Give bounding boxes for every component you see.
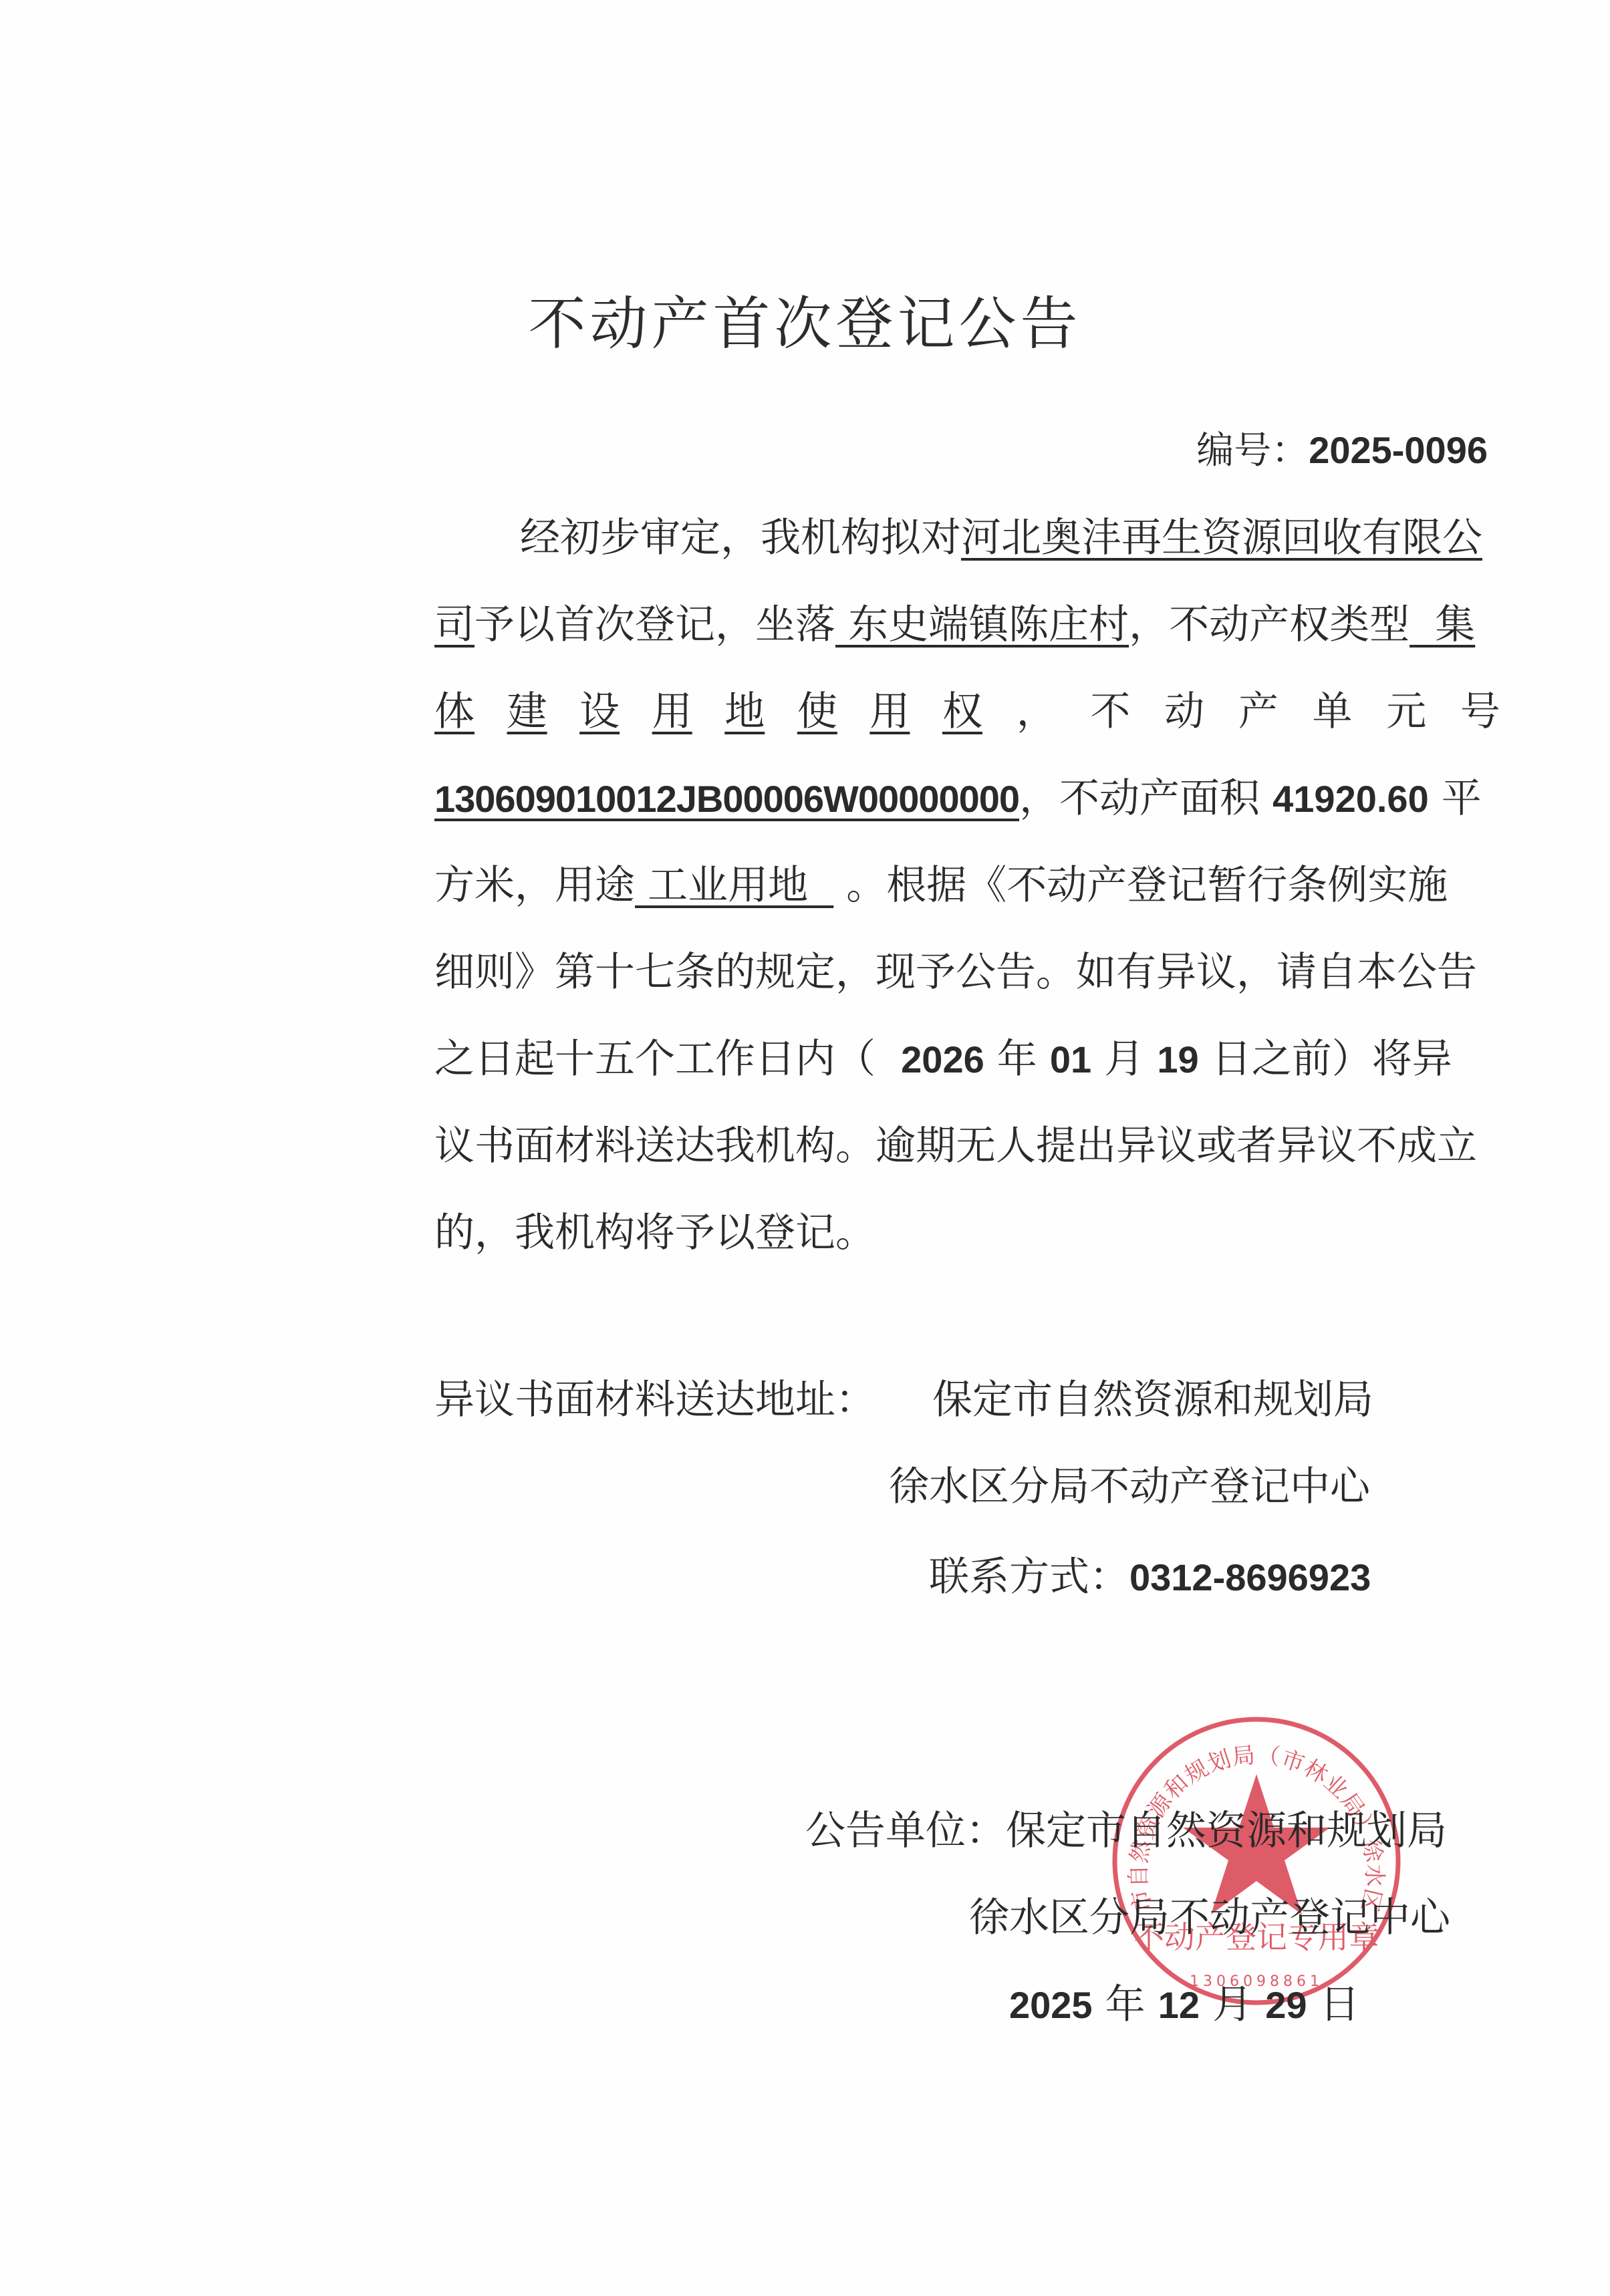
objection-address-label: 异议书面材料送达地址： — [434, 1377, 876, 1423]
char: 动 — [1164, 688, 1204, 735]
issue-date: 2025 年 12 月 29 日 — [1009, 1981, 1360, 2029]
body-line-3: 体 建 设 用 地 使 用 权 ， 不 动 产 单 元 号 — [434, 688, 1500, 735]
body-text: ，不动产面积 — [1019, 775, 1272, 822]
document-number-value: 2025-0096 — [1309, 429, 1488, 471]
body-line-4: 130609010012JB00006W00000000，不动产面积 41920… — [434, 775, 1500, 822]
contact-phone: 0312-8696923 — [1129, 1556, 1371, 1598]
objection-address-line-1: 保定市自然资源和规划局 — [932, 1377, 1373, 1423]
property-right-type: 集 — [1410, 601, 1475, 648]
char: 单 — [1313, 688, 1353, 735]
body-line-2: 司予以首次登记，坐落 东史端镇陈庄村，不动产权类型 集 — [434, 601, 1500, 648]
applicant-name-cont: 司 — [434, 601, 475, 648]
char: 建 — [507, 688, 547, 735]
month-label: 月 — [1200, 1981, 1265, 2028]
body-text: 之日起十五个工作日内（ — [434, 1036, 901, 1083]
year-label: 年 — [1093, 1981, 1158, 2028]
body-text: 的，我机构将予以登记。 — [434, 1209, 876, 1256]
body-line-1: 经初步审定，我机构拟对河北奥沣再生资源回收有限公 — [434, 515, 1500, 561]
body-text: 日之前）将异 — [1199, 1036, 1452, 1083]
char: 元 — [1386, 688, 1426, 735]
char: 用 — [869, 688, 910, 735]
objection-address-line-2: 徐水区分局不动产登记中心 — [889, 1463, 1370, 1510]
body-line-8: 议书面材料送达我机构。逾期无人提出异议或者异议不成立 — [434, 1123, 1500, 1169]
char: 权 — [942, 688, 982, 735]
page-title: 不动产首次登记公告 — [0, 277, 1610, 360]
issuer-org: 保定市自然资源和规划局 — [1006, 1808, 1447, 1854]
deadline-day: 19 — [1157, 1038, 1198, 1081]
land-use: 工业用地 — [635, 862, 833, 909]
deadline-month: 01 — [1050, 1038, 1091, 1081]
day-label: 日 — [1307, 1981, 1359, 2028]
char: 体 — [434, 688, 475, 735]
char: ， — [1017, 688, 1057, 735]
body-line-6: 细则》第十七条的规定，现予公告。如有异议，请自本公告 — [434, 949, 1500, 996]
body-line-7: 之日起十五个工作日内（ 2026 年 01 月 19 日之前）将异 — [434, 1036, 1500, 1083]
issuer-line-1: 公告单位：保定市自然资源和规划局 — [805, 1808, 1447, 1854]
body-text: 予以首次登记，坐落 — [475, 601, 835, 648]
body-text: 议书面材料送达我机构。逾期无人提出异议或者异议不成立 — [434, 1123, 1477, 1169]
announcement-page: 不动产首次登记公告 编号：2025-0096 经初步审定，我机构拟对河北奥沣再生… — [0, 0, 1610, 2296]
issue-year: 2025 — [1009, 1984, 1093, 2026]
char: 地 — [724, 688, 765, 735]
char: 使 — [797, 688, 837, 735]
property-area: 41920.60 — [1272, 778, 1429, 820]
issuer-line-2: 徐水区分局不动产登记中心 — [969, 1894, 1450, 1941]
official-seal: 保定市自然资源和规划局（市林业局）徐水区分局 不动产登记专用章 13060988… — [1106, 1711, 1407, 2011]
body-text: 。根据《不动产登记暂行条例实施 — [833, 862, 1448, 909]
char: 产 — [1238, 688, 1279, 735]
issue-day: 29 — [1265, 1984, 1307, 2026]
issue-month: 12 — [1158, 1984, 1200, 2026]
body-text: 年 — [984, 1036, 1050, 1083]
property-right-type-cont: 体 建 设 用 地 使 用 权 — [434, 688, 982, 735]
body-line-9: 的，我机构将予以登记。 — [434, 1209, 1500, 1256]
contact-label: 联系方式： — [929, 1554, 1129, 1600]
body-text: 细则》第十七条的规定，现予公告。如有异议，请自本公告 — [434, 949, 1477, 996]
body-text: ，不动产权类型 — [1129, 601, 1410, 648]
deadline-year: 2026 — [901, 1038, 984, 1081]
body-text: 平 — [1429, 775, 1482, 822]
body-text: 方米，用途 — [434, 862, 635, 909]
char: 不 — [1090, 688, 1130, 735]
body-text: 经初步审定，我机构拟对 — [520, 515, 961, 561]
location: 东史端镇陈庄村 — [835, 601, 1129, 648]
document-number-label: 编号： — [1196, 429, 1309, 472]
applicant-name: 河北奥沣再生资源回收有限公 — [961, 515, 1482, 561]
body-text: 月 — [1091, 1036, 1157, 1083]
issuer-label: 公告单位： — [805, 1808, 1006, 1854]
body-line-5: 方米，用途 工业用地 。根据《不动产登记暂行条例实施 — [434, 862, 1500, 909]
property-unit-number: 130609010012JB00006W00000000 — [434, 778, 1019, 820]
contact-info: 联系方式：0312-8696923 — [929, 1554, 1371, 1601]
document-number: 编号：2025-0096 — [1196, 421, 1488, 474]
char: 号 — [1460, 688, 1500, 735]
char: 设 — [579, 688, 620, 735]
char: 用 — [652, 688, 692, 735]
